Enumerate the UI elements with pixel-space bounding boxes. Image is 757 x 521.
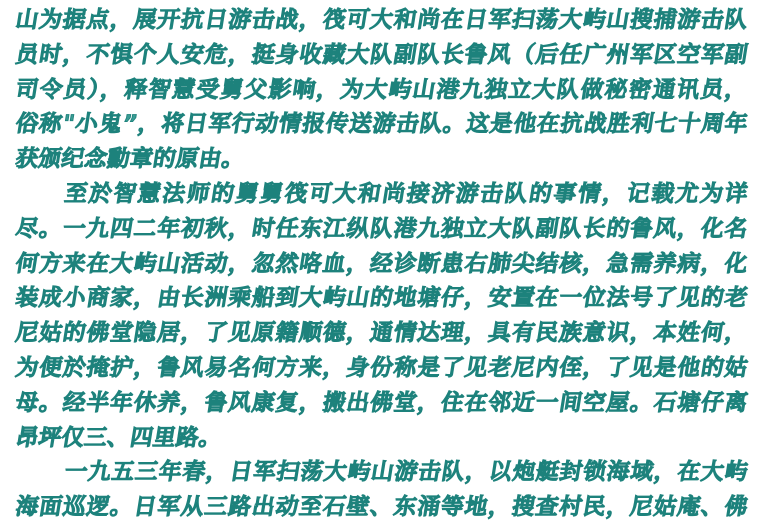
text-line: 司令员），释智慧受舅父影响，为大屿山港九独立大队做秘密通讯员， [13,73,751,108]
text-line: 尼姑的佛堂隐居，了见原籍顺德，通情达理，具有民族意识，本姓何， [13,316,751,351]
text-line: 至於智慧法师的舅舅筏可大和尚接济游击队的事情，记载尤为详 [13,177,751,212]
document-page: 山为据点，展开抗日游击战，筏可大和尚在日军扫荡大屿山搜捕游击队员时，不惧个人安危… [0,0,757,521]
text-line: 山为据点，展开抗日游击战，筏可大和尚在日军扫荡大屿山搜捕游击队 [13,3,751,38]
text-line: 装成小商家，由长洲乘船到大屿山的地塘仔，安置在一位法号了见的老 [13,281,751,316]
text-line: 获颁纪念勳章的原由。 [13,142,751,177]
text-line: 为便於掩护，鲁风易名何方来，身份称是了见老尼内侄，了见是他的姑 [13,351,751,386]
text-line: 何方来在大屿山活动，忽然咯血，经诊断患右肺尖结核，急需养病，化 [13,247,751,282]
document-body: 山为据点，展开抗日游击战，筏可大和尚在日军扫荡大屿山搜捕游击队员时，不惧个人安危… [13,3,745,521]
text-line: 一九五三年春，日军扫荡大屿山游击队，以炮艇封锁海域，在大屿 [13,455,751,490]
text-line: 海面巡逻。日军从三路出动至石壁、东涌等地，搜查村民，尼姑庵、佛 [13,490,751,521]
text-line: 尽。一九四二年初秋，时任东江纵队港九独立大队副队长的鲁风，化名 [13,212,751,247]
text-line: 母。经半年休养，鲁风康复，搬出佛堂，住在邻近一间空屋。石塘仔离 [13,386,751,421]
text-line: 昂坪仅三、四里路。 [13,421,751,456]
text-line: 俗称"小鬼”，将日军行动情报传送游击队。这是他在抗战胜利七十周年 [13,107,751,142]
text-line: 员时，不惧个人安危，挺身收藏大队副队长鲁风（后任广州军区空军副 [13,38,751,73]
